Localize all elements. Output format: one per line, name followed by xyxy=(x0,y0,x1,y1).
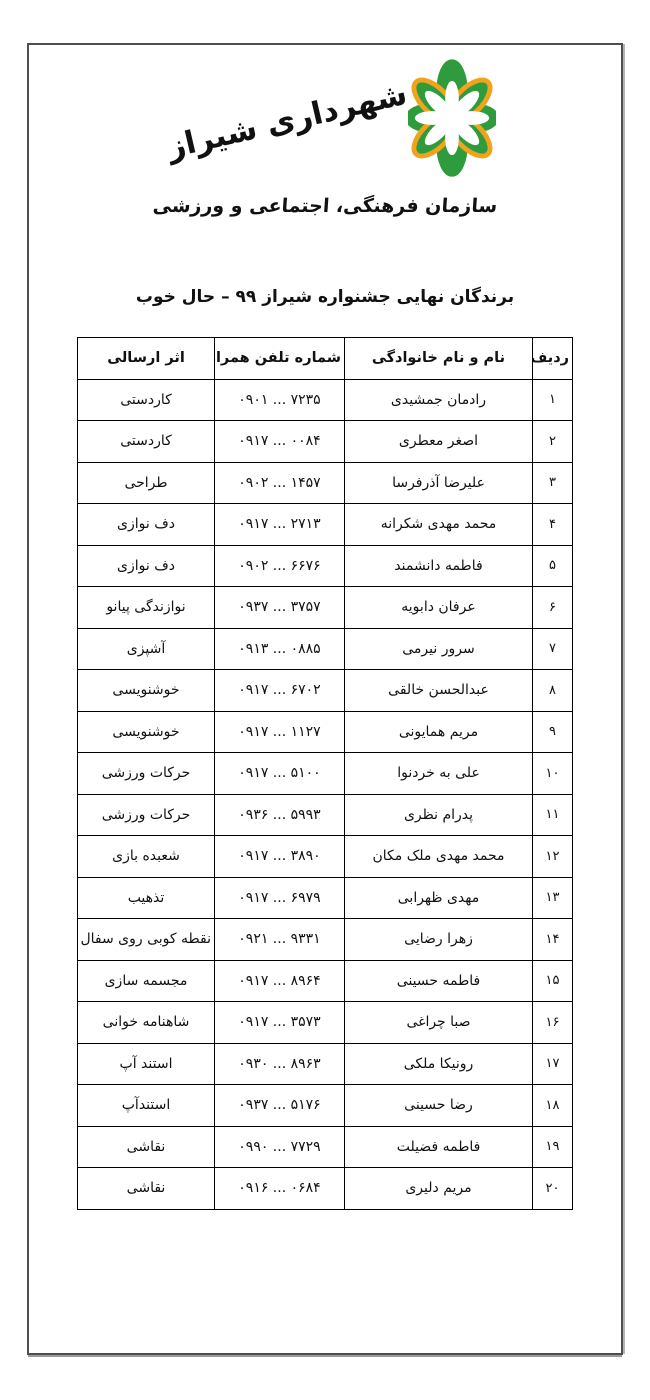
cell-row-number: ۱۴ xyxy=(533,919,573,961)
header-submitted-work: اثر ارسالی xyxy=(78,338,215,380)
cell-submitted-work: استند آپ xyxy=(78,1043,215,1085)
cell-submitted-work: تذهیب xyxy=(78,877,215,919)
cell-phone-number: ۰۹۱۷ ... ۶۷۰۲ xyxy=(215,670,345,712)
cell-phone-number: ۰۹۹۰ ... ۷۷۲۹ xyxy=(215,1126,345,1168)
cell-full-name: علیرضا آذرفرسا xyxy=(345,462,533,504)
table-row: ۷ سرور نیرمی ۰۹۱۳ ... ۰۸۸۵ آشپزی xyxy=(78,628,573,670)
cell-submitted-work: نوازندگی پیانو xyxy=(78,587,215,629)
table-row: ۲۰ مریم دلیری ۰۹۱۶ ... ۰۶۸۴ نقاشی xyxy=(78,1168,573,1210)
page-border-frame: شهرداری شیراز سازمان فرهنگی، اجتماعی و و… xyxy=(27,43,623,1355)
cell-submitted-work: نقطه کوبی روی سفال xyxy=(78,919,215,961)
cell-full-name: رونیکا ملکی xyxy=(345,1043,533,1085)
cell-row-number: ۸ xyxy=(533,670,573,712)
table-body: ۱ رادمان جمشیدی ۰۹۰۱ ... ۷۲۳۵ کاردستی ۲ … xyxy=(78,379,573,1209)
cell-full-name: مریم همایونی xyxy=(345,711,533,753)
page-title: برندگان نهایی جشنواره شیراز ۹۹ – حال خوب xyxy=(29,287,621,307)
cell-full-name: عبدالحسن خالقی xyxy=(345,670,533,712)
cell-full-name: عرفان دابویه xyxy=(345,587,533,629)
cell-full-name: مریم دلیری xyxy=(345,1168,533,1210)
cell-phone-number: ۰۹۱۷ ... ۲۷۱۳ xyxy=(215,504,345,546)
cell-full-name: مهدی ظهرابی xyxy=(345,877,533,919)
cell-submitted-work: شاهنامه خوانی xyxy=(78,1002,215,1044)
cell-submitted-work: خوشنویسی xyxy=(78,670,215,712)
cell-row-number: ۱ xyxy=(533,379,573,421)
cell-row-number: ۲ xyxy=(533,421,573,463)
header-full-name: نام و نام خانوادگی xyxy=(345,338,533,380)
cell-full-name: محمد مهدی ملک مکان xyxy=(345,836,533,878)
cell-phone-number: ۰۹۱۷ ... ۵۱۰۰ xyxy=(215,753,345,795)
cell-phone-number: ۰۹۰۲ ... ۶۶۷۶ xyxy=(215,545,345,587)
cell-phone-number: ۰۹۱۷ ... ۶۹۷۹ xyxy=(215,877,345,919)
cell-row-number: ۱۸ xyxy=(533,1085,573,1127)
table-row: ۹ مریم همایونی ۰۹۱۷ ... ۱۱۲۷ خوشنویسی xyxy=(78,711,573,753)
cell-phone-number: ۰۹۲۱ ... ۹۳۳۱ xyxy=(215,919,345,961)
header-row-number: ردیف xyxy=(533,338,573,380)
cell-full-name: علی به خردنوا xyxy=(345,753,533,795)
cell-submitted-work: خوشنویسی xyxy=(78,711,215,753)
cell-submitted-work: حرکات ورزشی xyxy=(78,753,215,795)
cell-submitted-work: نقاشی xyxy=(78,1126,215,1168)
table-row: ۱۷ رونیکا ملکی ۰۹۳۰ ... ۸۹۶۳ استند آپ xyxy=(78,1043,573,1085)
cell-submitted-work: کاردستی xyxy=(78,421,215,463)
cell-row-number: ۶ xyxy=(533,587,573,629)
cell-phone-number: ۰۹۳۶ ... ۵۹۹۳ xyxy=(215,794,345,836)
cell-full-name: زهرا رضایی xyxy=(345,919,533,961)
table-row: ۵ فاطمه دانشمند ۰۹۰۲ ... ۶۶۷۶ دف نوازی xyxy=(78,545,573,587)
cell-row-number: ۱۲ xyxy=(533,836,573,878)
cell-row-number: ۹ xyxy=(533,711,573,753)
cell-submitted-work: استندآپ xyxy=(78,1085,215,1127)
organization-name-calligraphy: شهرداری شیراز xyxy=(154,76,410,168)
table-row: ۱۱ پدرام نظری ۰۹۳۶ ... ۵۹۹۳ حرکات ورزشی xyxy=(78,794,573,836)
cell-submitted-work: دف نوازی xyxy=(78,545,215,587)
cell-row-number: ۱۹ xyxy=(533,1126,573,1168)
table-row: ۱۰ علی به خردنوا ۰۹۱۷ ... ۵۱۰۰ حرکات ورز… xyxy=(78,753,573,795)
cell-full-name: پدرام نظری xyxy=(345,794,533,836)
table-row: ۸ عبدالحسن خالقی ۰۹۱۷ ... ۶۷۰۲ خوشنویسی xyxy=(78,670,573,712)
cell-row-number: ۱۷ xyxy=(533,1043,573,1085)
cell-submitted-work: شعبده بازی xyxy=(78,836,215,878)
cell-phone-number: ۰۹۳۷ ... ۵۱۷۶ xyxy=(215,1085,345,1127)
table-row: ۱۵ فاطمه حسینی ۰۹۱۷ ... ۸۹۶۴ مجسمه سازی xyxy=(78,960,573,1002)
table-row: ۱۶ صبا چراغی ۰۹۱۷ ... ۳۵۷۳ شاهنامه خوانی xyxy=(78,1002,573,1044)
cell-row-number: ۵ xyxy=(533,545,573,587)
cell-row-number: ۱۰ xyxy=(533,753,573,795)
cell-phone-number: ۰۹۱۷ ... ۱۱۲۷ xyxy=(215,711,345,753)
cell-submitted-work: دف نوازی xyxy=(78,504,215,546)
cell-full-name: اصغر معطری xyxy=(345,421,533,463)
cell-row-number: ۱۶ xyxy=(533,1002,573,1044)
cell-row-number: ۱۱ xyxy=(533,794,573,836)
cell-row-number: ۱۳ xyxy=(533,877,573,919)
table-row: ۱۹ فاطمه فضیلت ۰۹۹۰ ... ۷۷۲۹ نقاشی xyxy=(78,1126,573,1168)
cell-phone-number: ۰۹۱۷ ... ۰۰۸۴ xyxy=(215,421,345,463)
cell-submitted-work: طراحی xyxy=(78,462,215,504)
cell-row-number: ۷ xyxy=(533,628,573,670)
table-row: ۱۳ مهدی ظهرابی ۰۹۱۷ ... ۶۹۷۹ تذهیب xyxy=(78,877,573,919)
organization-subtitle: سازمان فرهنگی، اجتماعی و ورزشی xyxy=(28,195,622,217)
cell-phone-number: ۰۹۳۷ ... ۳۷۵۷ xyxy=(215,587,345,629)
table-row: ۱ رادمان جمشیدی ۰۹۰۱ ... ۷۲۳۵ کاردستی xyxy=(78,379,573,421)
municipality-flower-icon xyxy=(408,59,496,177)
cell-phone-number: ۰۹۱۷ ... ۳۵۷۳ xyxy=(215,1002,345,1044)
cell-phone-number: ۰۹۱۳ ... ۰۸۸۵ xyxy=(215,628,345,670)
cell-submitted-work: مجسمه سازی xyxy=(78,960,215,1002)
table-row: ۱۴ زهرا رضایی ۰۹۲۱ ... ۹۳۳۱ نقطه کوبی رو… xyxy=(78,919,573,961)
cell-row-number: ۲۰ xyxy=(533,1168,573,1210)
cell-full-name: فاطمه حسینی xyxy=(345,960,533,1002)
cell-submitted-work: آشپزی xyxy=(78,628,215,670)
header-phone: شماره تلفن همراه xyxy=(215,338,345,380)
cell-phone-number: ۰۹۱۶ ... ۰۶۸۴ xyxy=(215,1168,345,1210)
winners-table: ردیف نام و نام خانوادگی شماره تلفن همراه… xyxy=(77,337,573,1210)
cell-row-number: ۱۵ xyxy=(533,960,573,1002)
table-row: ۳ علیرضا آذرفرسا ۰۹۰۲ ... ۱۴۵۷ طراحی xyxy=(78,462,573,504)
cell-full-name: صبا چراغی xyxy=(345,1002,533,1044)
table-row: ۲ اصغر معطری ۰۹۱۷ ... ۰۰۸۴ کاردستی xyxy=(78,421,573,463)
document-page: { "logo": { "organization": "شهرداری شیر… xyxy=(0,0,650,1400)
cell-full-name: سرور نیرمی xyxy=(345,628,533,670)
cell-full-name: رادمان جمشیدی xyxy=(345,379,533,421)
cell-submitted-work: حرکات ورزشی xyxy=(78,794,215,836)
cell-row-number: ۴ xyxy=(533,504,573,546)
cell-full-name: فاطمه دانشمند xyxy=(345,545,533,587)
cell-phone-number: ۰۹۰۲ ... ۱۴۵۷ xyxy=(215,462,345,504)
table-header-row: ردیف نام و نام خانوادگی شماره تلفن همراه… xyxy=(78,338,573,380)
table-row: ۶ عرفان دابویه ۰۹۳۷ ... ۳۷۵۷ نوازندگی پی… xyxy=(78,587,573,629)
cell-submitted-work: کاردستی xyxy=(78,379,215,421)
cell-row-number: ۳ xyxy=(533,462,573,504)
cell-submitted-work: نقاشی xyxy=(78,1168,215,1210)
cell-phone-number: ۰۹۱۷ ... ۳۸۹۰ xyxy=(215,836,345,878)
table-row: ۱۲ محمد مهدی ملک مکان ۰۹۱۷ ... ۳۸۹۰ شعبد… xyxy=(78,836,573,878)
cell-full-name: فاطمه فضیلت xyxy=(345,1126,533,1168)
cell-phone-number: ۰۹۳۰ ... ۸۹۶۳ xyxy=(215,1043,345,1085)
cell-phone-number: ۰۹۱۷ ... ۸۹۶۴ xyxy=(215,960,345,1002)
organization-logo: شهرداری شیراز xyxy=(29,59,621,177)
table-row: ۴ محمد مهدی شکرانه ۰۹۱۷ ... ۲۷۱۳ دف نواز… xyxy=(78,504,573,546)
cell-full-name: محمد مهدی شکرانه xyxy=(345,504,533,546)
cell-full-name: رضا حسینی xyxy=(345,1085,533,1127)
table-row: ۱۸ رضا حسینی ۰۹۳۷ ... ۵۱۷۶ استندآپ xyxy=(78,1085,573,1127)
cell-phone-number: ۰۹۰۱ ... ۷۲۳۵ xyxy=(215,379,345,421)
